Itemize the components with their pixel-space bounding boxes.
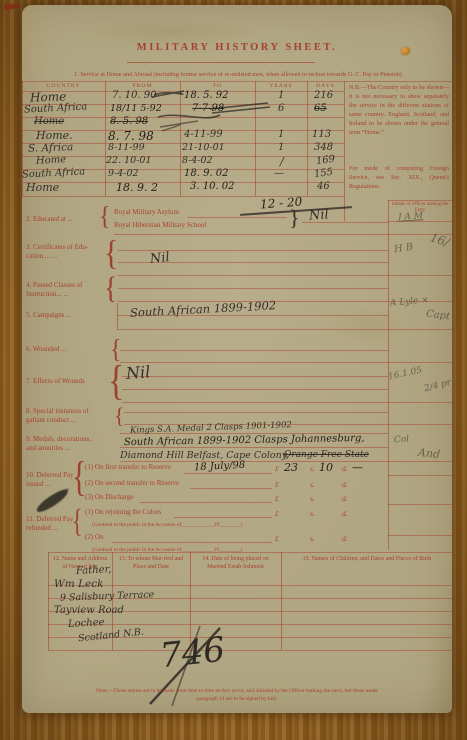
kin-entry: Tayview Road [54,605,124,616]
country-value: S. Africa [28,141,74,155]
days-value: 65 [314,103,327,114]
to-value: 3. 10. 02 [190,181,235,192]
country-value: South Africa [24,101,88,115]
shillings-symbol: s. [310,464,315,473]
medals-line-3b: Orange Free State [284,450,369,460]
pence-symbol: d. [342,480,348,489]
certificates-value: Nil [149,250,170,267]
paper-stain [82,19,262,45]
years-value: — [274,168,284,179]
rule [120,362,388,363]
rule [114,234,388,235]
initials-rule [388,535,452,536]
pence-value: — [352,461,363,474]
from-value: 9-4-02 [108,168,139,179]
rule [122,389,388,390]
educated-option-2: Royal Hibernian Military School [114,221,206,229]
to-value: 21-10-01 [182,142,225,153]
credited-note-1: (Credited to the public in the Accounts … [92,522,242,528]
officer-initials: Capt [425,309,450,323]
from-value: 8. 5. 98 [110,116,148,127]
kin-rule [48,650,452,651]
section-label-certificates: 3. Certificates of Edu- cation ... ... [26,243,112,261]
educated-option-1: Royal Military Asylum [114,208,179,216]
country-value: Home. [36,129,73,142]
pounds-symbol: £ [275,509,279,518]
pounds-symbol: £ [275,480,279,489]
to-value: 8-4-02 [182,155,213,166]
scanned-document-page: { "title": "MILITARY HISTORY SHEET.", "s… [0,0,467,740]
nb-paragraph: N.B.—The Country only to be shown—it is … [349,84,449,138]
years-value: 1 [278,90,284,101]
pounds-symbol: £ [275,534,279,543]
rule [118,288,388,289]
pence-symbol: d. [342,464,348,473]
initials-top-rule [388,200,452,201]
pounds-symbol: £ [275,464,279,473]
fill-rule [190,488,272,489]
pence-symbol: d. [342,494,348,503]
initials-rule [388,504,452,505]
initials-rule [388,362,452,363]
kin-entry: 9 Salisbury Terrace [60,589,155,603]
pay-refunded-item-2: (2) On [85,533,103,541]
medals-line-3: Diamond Hill Belfast, Cape Colony, [120,450,289,461]
shillings-symbol: s. [310,534,315,543]
col-header-days: Days [307,83,344,89]
kin-top-rule [48,552,452,553]
pounds-value: 23 [284,461,298,474]
officer-initials: And [417,446,440,461]
country-value: Home [26,181,59,194]
kin-vline [281,552,282,650]
rule [124,412,388,413]
initials-rule [388,475,452,476]
rule [118,275,388,276]
officer-initials: 16.1.05 [387,366,423,383]
pence-symbol: d. [342,534,348,543]
campaigns-vline [117,303,118,329]
close-brace: } [289,205,300,231]
military-history-sheet: MILITARY HISTORY SHEET. 1. Service at Ho… [22,5,452,713]
days-value: 216 [314,90,333,101]
nb-divider-vline [344,81,345,221]
fill-rule [187,217,287,218]
pay-issued-item-1: (1) On first transfer to Reserve [85,463,171,471]
open-brace: { [114,403,125,429]
service-row: South Africa 9-4-02 18. 9. 02 — 155 [22,170,344,183]
kin-vline [48,552,49,650]
wax-spot [401,47,410,55]
effects-value: Nil [125,362,151,383]
section-label-effects: 7. Effects of Wounds [26,377,112,386]
shillings-symbol: s. [310,509,315,518]
nb-paragraph-2: For mode of computing Foreign Service, s… [349,165,449,192]
kin-col-header-14: 14. Date of being placed on Married Esta… [193,556,278,571]
title-underline [127,62,315,63]
kin-entry: Scotland N.B. [78,627,145,645]
rule [302,222,388,223]
pay-issued-item-3: (3) On Discharge [85,493,133,501]
table-top-rule [22,81,452,82]
section-label-educated: 2. Educated at ... [26,215,106,224]
open-brace: { [72,502,83,541]
rule [120,461,388,462]
pay-issued-item-2: (2) On second transfer to Reserve [85,479,179,487]
kin-entry: Father, [76,564,112,577]
kin-col-header-15: 15. Names of Children, and Dates and Pla… [287,556,447,564]
section-label-gallant: 8. Special instances of gallant conduct … [26,407,116,425]
years-value: 1 [278,129,284,140]
open-brace: { [99,203,111,233]
pay-issued-date-1: 18 July/98 [194,460,246,474]
footer-note: Note.—These entries are to be made from … [37,687,437,703]
kin-rule [48,585,452,586]
shillings-symbol: s. [310,480,315,489]
country-value: South Africa [22,166,86,180]
days-value: 113 [312,129,331,140]
section-label-wounded: 6. Wounded ... [26,345,112,354]
shillings-symbol: s. [310,494,315,503]
rule [120,350,388,351]
initials-rule [388,424,452,425]
country-value: Home [34,116,64,127]
days-value: 348 [314,142,333,153]
pounds-symbol: £ [275,494,279,503]
from-value: 8-11-99 [108,142,145,153]
fill-rule [140,502,272,503]
days-value: 46 [317,181,330,192]
kin-col-header-13: 13. To whom Mar-ried and Place and Date [115,556,187,571]
days-value: 169 [315,154,335,168]
from-value: 8. 7. 98 [108,129,154,143]
open-brace: { [104,234,118,273]
section-label-classes: 4. Passed Classes of Instruction... ... [26,281,112,299]
from-value: 22. 10-01 [106,155,152,166]
open-brace: { [104,271,117,306]
rule [122,402,388,403]
kin-entry: Wm Leck [54,578,104,590]
initials-rule [388,402,452,403]
paper-stain [322,305,412,345]
initials-rule [388,461,452,462]
officer-initials: Col [394,434,410,445]
years-value: 6 [278,103,284,114]
col-header-country: Country [22,83,105,89]
officer-initials: 2/4 pr [423,378,452,394]
section-label-campaigns: 5. Campaigns ... [26,311,112,320]
pence-symbol: d. [342,509,348,518]
section-label-medals: 9. Medals, decorations, and annuities ..… [26,435,118,453]
open-brace: { [108,358,124,406]
kin-entry: Lochee [68,617,105,630]
days-value: 155 [313,167,333,181]
shillings-value: 10 [319,461,333,474]
medals-line-2: South African 1899-1902 Clasps Johannesb… [124,433,365,448]
officer-initials: J A M [398,211,424,223]
fill-rule [112,542,272,543]
years-value: 1 [278,142,284,153]
country-value: Home [36,154,67,167]
pay-refunded-item-1: (1) On rejoining the Colors [85,508,161,516]
kin-rule [48,624,452,625]
initials-rule [388,275,452,276]
rule [122,376,388,377]
to-value: 18. 9. 02 [184,168,229,179]
fill-rule [174,517,272,518]
years-value: / [280,155,284,168]
service-section-heading: 1. Service at Home and Abroad (including… [28,71,448,78]
officer-initials: H B [393,242,414,256]
from-value: 18. 9. 2 [116,181,158,194]
ink-scribble-overlay [150,87,275,135]
